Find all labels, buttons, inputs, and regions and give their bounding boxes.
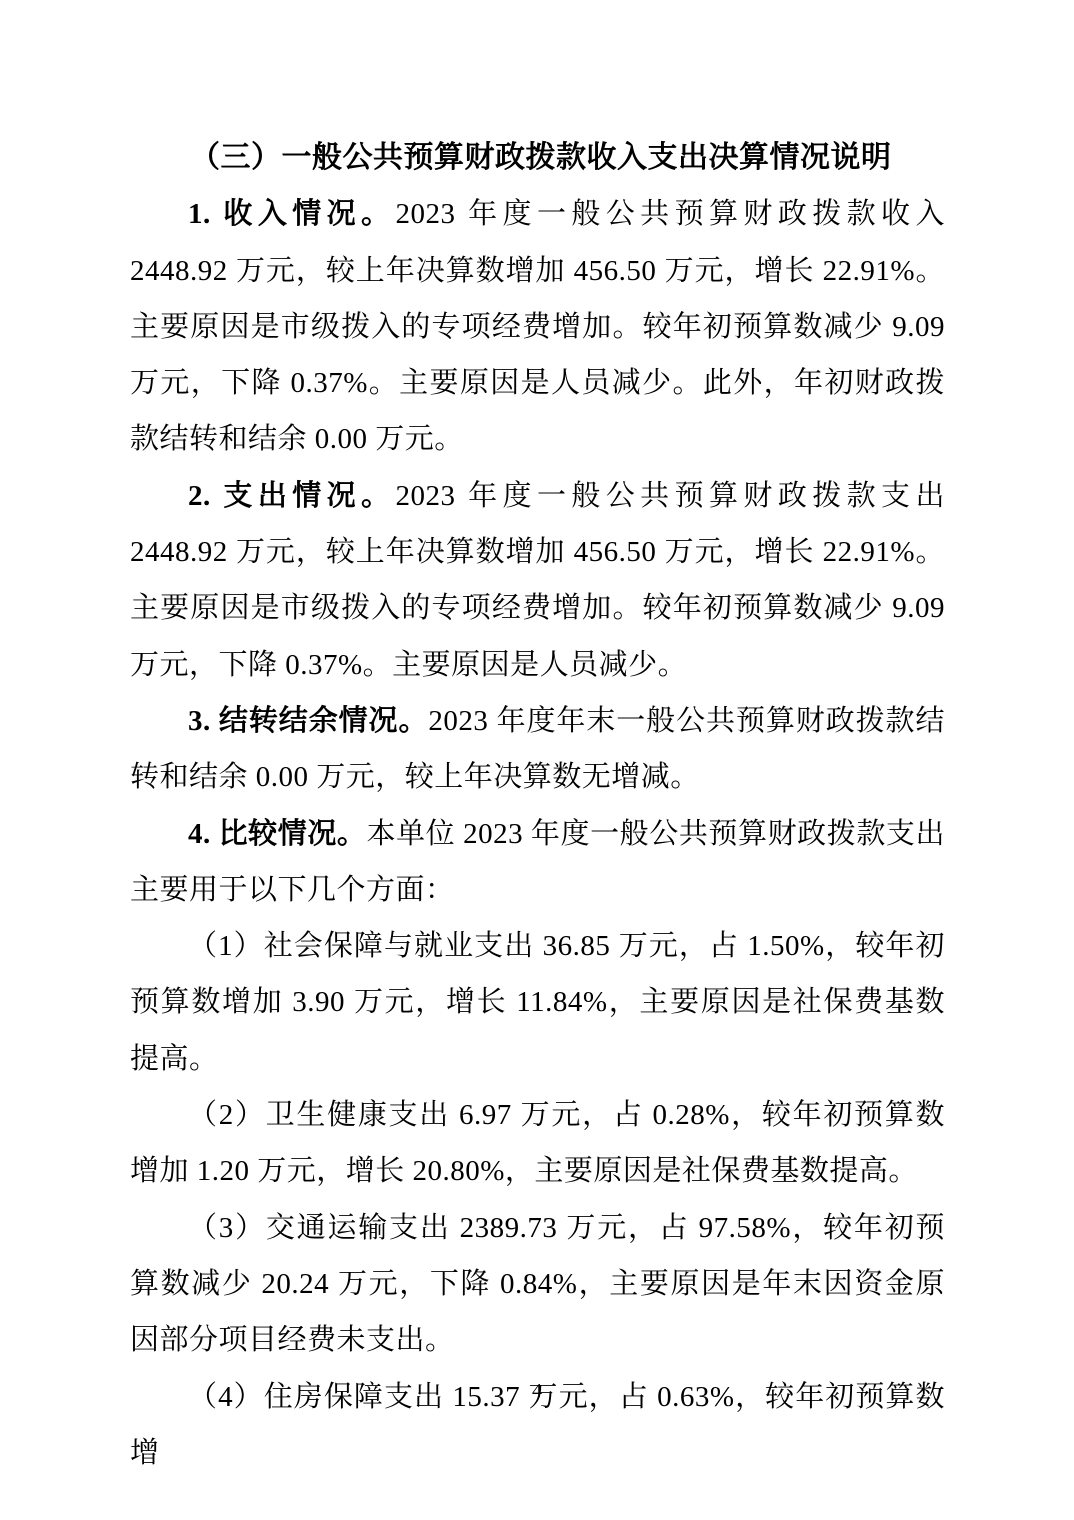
paragraph-expenditure: 2. 支出情况。2023 年度一般公共预算财政拨款支出 2448.92 万元，较… <box>130 468 945 693</box>
document-page: （三）一般公共预算财政拨款收入支出决算情况说明 1. 收入情况。2023 年度一… <box>0 0 1074 1520</box>
page-number: 4 <box>0 1377 1074 1405</box>
list-item-social-security: （1）社会保障与就业支出 36.85 万元，占 1.50%，较年初预算数增加 3… <box>130 918 945 1087</box>
document-body: （三）一般公共预算财政拨款收入支出决算情况说明 1. 收入情况。2023 年度一… <box>130 130 945 1481</box>
paragraph-comparison-lead: 4. 比较情况。 <box>188 818 367 850</box>
paragraph-carryover: 3. 结转结余情况。2023 年度年末一般公共预算财政拨款结转和结余 0.00 … <box>130 693 945 806</box>
paragraph-carryover-lead: 3. 结转结余情况。 <box>188 705 428 737</box>
paragraph-income: 1. 收入情况。2023 年度一般公共预算财政拨款收入 2448.92 万元，较… <box>130 186 945 467</box>
paragraph-comparison: 4. 比较情况。本单位 2023 年度一般公共预算财政拨款支出主要用于以下几个方… <box>130 806 945 919</box>
paragraph-expenditure-lead: 2. 支出情况。 <box>188 480 395 512</box>
paragraph-income-text: 2023 年度一般公共预算财政拨款收入 2448.92 万元，较上年决算数增加 … <box>130 198 945 455</box>
paragraph-income-lead: 1. 收入情况。 <box>188 198 395 230</box>
list-item-transportation: （3）交通运输支出 2389.73 万元，占 97.58%，较年初预算数减少 2… <box>130 1200 945 1369</box>
list-item-health: （2）卫生健康支出 6.97 万元，占 0.28%，较年初预算数增加 1.20 … <box>130 1087 945 1200</box>
section-heading: （三）一般公共预算财政拨款收入支出决算情况说明 <box>130 130 945 186</box>
